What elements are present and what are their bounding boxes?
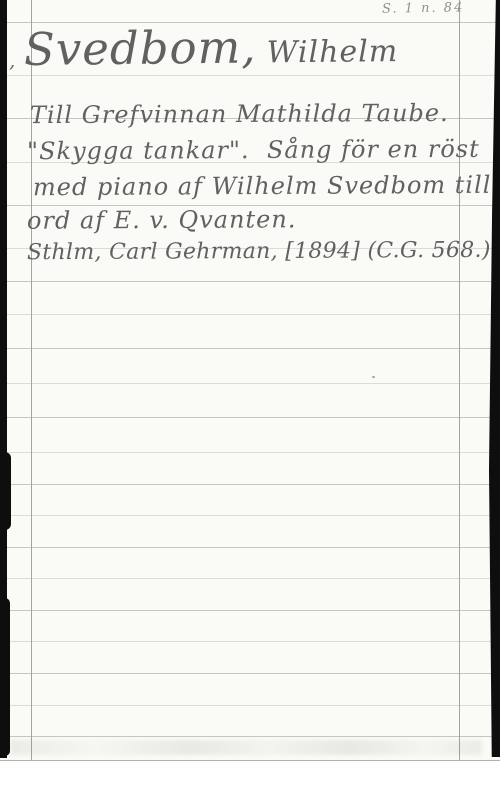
shelfmark: S. 1 n. 84 [382,0,465,16]
card-text-line-title: "Skygga tankar". Sång för en röst [27,134,480,166]
ruled-line [0,705,500,706]
ruled-line [0,610,500,611]
heading-forename: Wilhelm [266,34,398,70]
ink-speck [372,376,375,378]
ruled-line [0,314,500,315]
ruled-line [0,673,500,674]
catalog-card: S. 1 n. 84 , Svedbom, Wilhelm Till Grefv… [0,0,500,761]
ruled-line [0,736,500,737]
ruled-line [0,578,500,579]
scan-edge-left-bump [0,598,10,756]
bleed-through-artifact [10,740,482,755]
ruled-line [0,417,500,418]
ruled-line [0,515,500,516]
ruled-line [0,547,500,548]
heading-surname: Svedbom, [24,22,257,76]
right-margin-line [459,0,460,760]
ruled-line [0,348,500,349]
ruled-line [0,484,500,485]
ruled-line [0,281,500,282]
ruled-line [0,383,500,384]
card-text-line-lyricist: ord af E. v. Qvanten. [27,204,297,235]
ruled-line [0,641,500,642]
card-text-line-dedication: Till Grefvinnan Mathilda Taube. [30,98,449,130]
scanned-catalog-card-page: S. 1 n. 84 , Svedbom, Wilhelm Till Grefv… [0,0,500,800]
card-text-line-composer: med piano af Wilhelm Svedbom till [33,170,492,202]
ruled-line [0,452,500,453]
heading-mark: , [9,48,15,72]
scan-edge-left-bump [0,452,11,530]
card-heading: Svedbom, Wilhelm [24,20,399,76]
card-text-line-imprint: Sthlm, Carl Gehrman, [1894] (C.G. 568.) [27,236,491,268]
